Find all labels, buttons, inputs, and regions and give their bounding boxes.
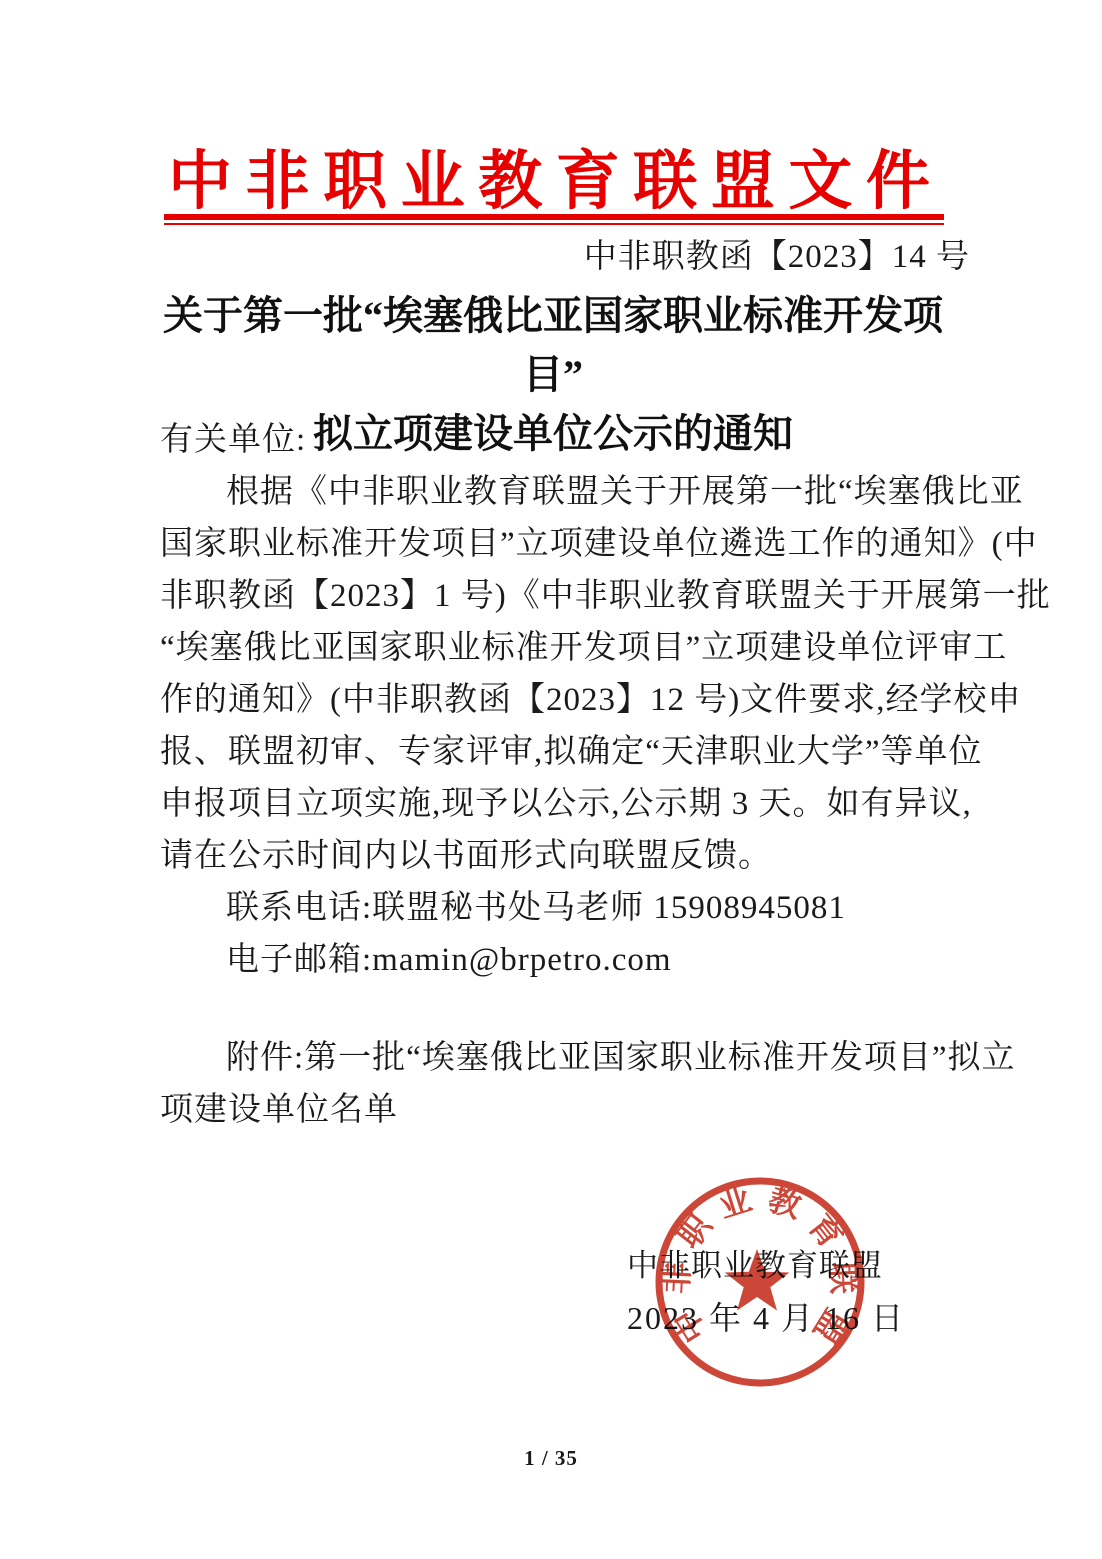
doc-title-line1: 关于第一批“埃塞俄比亚国家职业标准开发项目” [160, 286, 946, 404]
body-text-line: 作的通知》(中非职教函【2023】12 号)文件要求,经学校申 [160, 674, 950, 726]
doc-reference-number: 中非职教函【2023】14 号 [160, 236, 970, 278]
letterhead-divider [164, 214, 944, 225]
divider-thick-line [164, 214, 944, 220]
letterhead-char: 职 [323, 130, 387, 222]
body-text-line: “埃塞俄比亚国家职业标准开发项目”立项建设单位评审工 [160, 622, 950, 674]
body-text: 有关单位:根据《中非职业教育联盟关于开展第一批“埃塞俄比亚国家职业标准开发项目”… [160, 414, 950, 986]
divider-thin-line [164, 223, 944, 225]
body-text-line: 申报项目立项实施,现予以公示,公示期 3 天。如有异议, [160, 778, 950, 830]
letterhead-char: 育 [556, 130, 620, 222]
letterhead-char: 文 [788, 130, 852, 222]
body-text-line: 非职教函【2023】1 号)《中非职业教育联盟关于开展第一批 [160, 570, 950, 622]
letterhead-title: 中非职业教育联盟文件 [168, 138, 930, 214]
body-text-line: 报、联盟初审、专家评审,拟确定“天津职业大学”等单位 [160, 726, 950, 778]
body-text-line: 有关单位: [160, 414, 950, 466]
body-text-line: 请在公示时间内以书面形式向联盟反馈。 [160, 830, 950, 882]
letterhead-char: 业 [401, 130, 465, 222]
attachment-line: 项建设单位名单 [160, 1084, 950, 1136]
seal-ring-char: 业 [714, 1181, 755, 1225]
letterhead-char: 盟 [711, 130, 775, 222]
letterhead-char: 非 [246, 130, 310, 222]
attachment-line: 附件:第一批“埃塞俄比亚国家职业标准开发项目”拟立 [160, 1032, 950, 1084]
letterhead-char: 件 [866, 130, 930, 222]
body-text-line: 联系电话:联盟秘书处马老师 15908945081 [160, 882, 950, 934]
signature-block: 中非职业教育联盟 2023 年 4 月 16 日 [627, 1240, 905, 1344]
seal-ring-char: 教 [764, 1181, 806, 1225]
document-page: 中非职业教育联盟文件 中非职教函【2023】14 号 关于第一批“埃塞俄比亚国家… [0, 0, 1102, 1559]
body-text-line: 根据《中非职业教育联盟关于开展第一批“埃塞俄比亚 [160, 466, 950, 518]
letterhead-char: 中 [168, 130, 232, 222]
signature-org: 中非职业教育联盟 [627, 1240, 905, 1292]
letterhead-char: 教 [478, 130, 542, 222]
body-text-line: 国家职业标准开发项目”立项建设单位遴选工作的通知》(中 [160, 518, 950, 570]
page-number: 1 / 35 [0, 1446, 1102, 1471]
letterhead-char: 联 [633, 130, 697, 222]
signature-date: 2023 年 4 月 16 日 [627, 1292, 905, 1344]
attachment-note: 附件:第一批“埃塞俄比亚国家职业标准开发项目”拟立项建设单位名单 [160, 1032, 950, 1136]
body-text-line: 电子邮箱:mamin@brpetro.com [160, 934, 950, 986]
